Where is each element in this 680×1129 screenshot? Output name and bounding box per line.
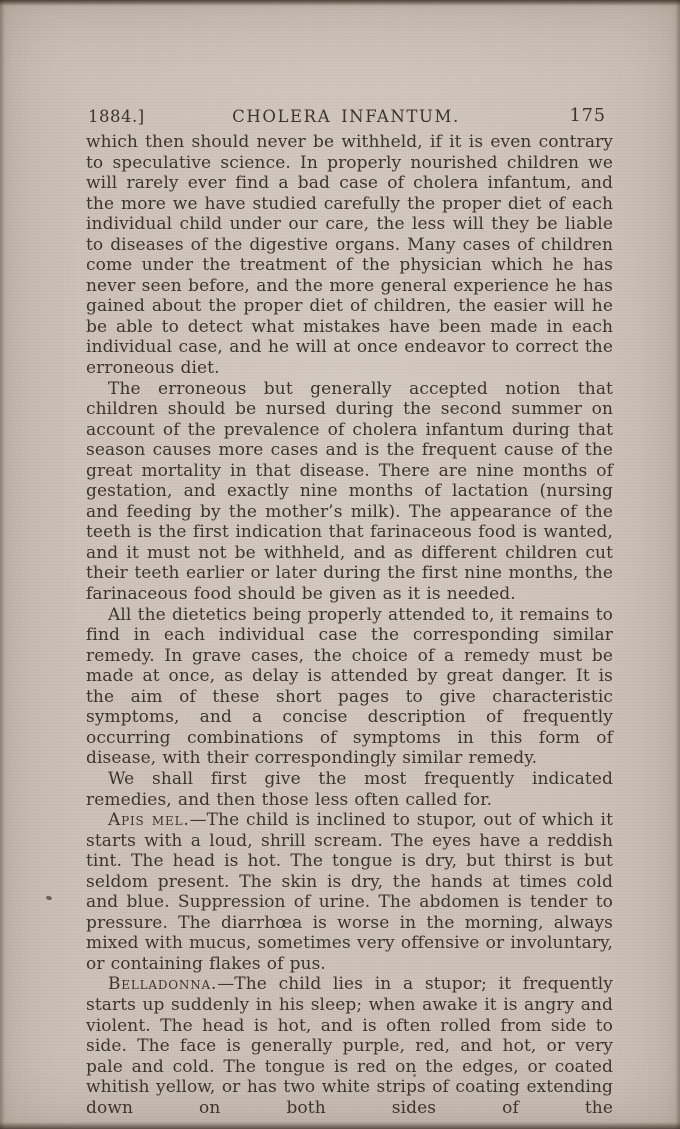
paragraph-apis-mel: Apis mel.—The child is inclined to stupo… [86, 810, 613, 974]
paragraph-continuation: which then should never be withheld, if … [86, 132, 613, 379]
remedy-name-belladonna: Belladonna. [108, 974, 217, 994]
page-number: 175 [570, 105, 606, 127]
paragraph-text: All the dietetics being properly attende… [86, 605, 613, 769]
paragraph-text: We shall first give the most frequently … [86, 769, 613, 810]
paragraph-remedies-intro: We shall first give the most frequently … [86, 769, 613, 810]
paragraph-nursing-notion: The erroneous but generally accepted not… [86, 379, 613, 605]
paragraph-text: The erroneous but generally accepted not… [86, 379, 613, 604]
paragraph-text: —The child is inclined to stupor, out of… [86, 810, 613, 974]
page-header: 1884.] CHOLERA INFANTUM. 175 [86, 106, 606, 130]
book-page-scan: 1884.] CHOLERA INFANTUM. 175 which then … [0, 0, 680, 1129]
remedy-name-apis-mel: Apis mel. [108, 810, 190, 830]
paragraph-text: —The child lies in a stupor; it frequent… [86, 974, 613, 1117]
paragraph-text: which then should never be withheld, if … [86, 132, 613, 378]
ink-speck [46, 895, 53, 901]
paragraph-dietetics: All the dietetics being properly attende… [86, 605, 613, 769]
scan-edge-top [0, 0, 680, 6]
page-text-block: which then should never be withheld, if … [86, 132, 613, 1118]
paragraph-belladonna: Belladonna.—The child lies in a stupor; … [86, 974, 613, 1118]
ink-speck [413, 1074, 416, 1077]
scan-edge-bottom [0, 1122, 680, 1129]
scan-edge-left [0, 0, 5, 1129]
running-title: CHOLERA INFANTUM. [86, 106, 606, 128]
scan-edge-right [675, 0, 680, 1129]
